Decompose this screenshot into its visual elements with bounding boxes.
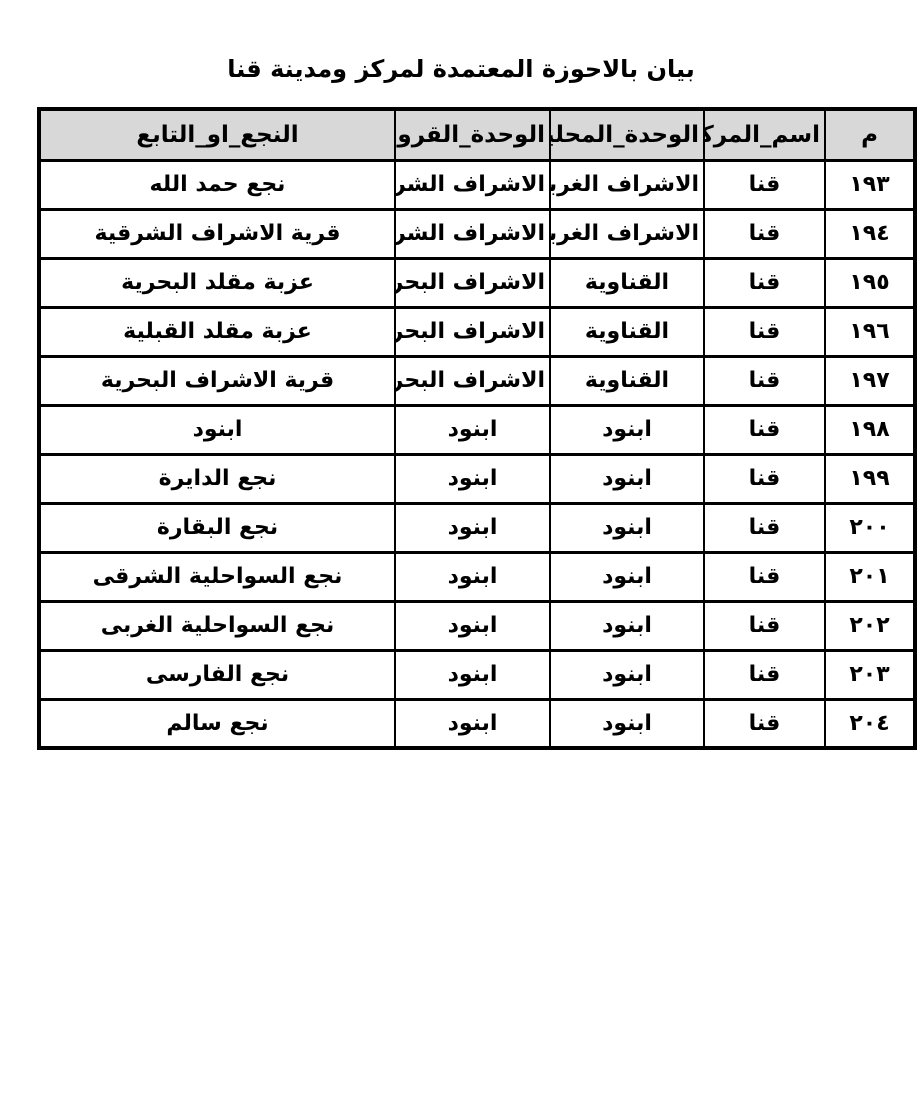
table-cell: نجع البقارة — [39, 503, 395, 552]
table-cell: القناوية — [550, 307, 704, 356]
table-row: ١٩٧قناالقناويةالاشراف البحريةقرية الاشرا… — [39, 356, 915, 405]
zones-table: ماسم_المركزالوحدة_المحليةالوحدة_القرويةا… — [37, 107, 917, 750]
table-cell: قنا — [704, 699, 825, 748]
table-cell: ٢٠٠ — [825, 503, 915, 552]
table-cell: ابنود — [395, 405, 550, 454]
table-cell: الاشراف الغربية — [550, 209, 704, 258]
table-cell: نجع السواحلية الغربى — [39, 601, 395, 650]
table-cell: ابنود — [395, 650, 550, 699]
column-header: اسم_المركز — [704, 109, 825, 160]
table-cell: عزبة مقلد القبلية — [39, 307, 395, 356]
table-cell: ١٩٩ — [825, 454, 915, 503]
table-header-row: ماسم_المركزالوحدة_المحليةالوحدة_القرويةا… — [39, 109, 915, 160]
column-header: الوحدة_القروية — [395, 109, 550, 160]
table-cell: نجع الدايرة — [39, 454, 395, 503]
table-cell: ابنود — [550, 405, 704, 454]
table-row: ١٩٨قناابنودابنودابنود — [39, 405, 915, 454]
table-cell: ابنود — [395, 699, 550, 748]
table-cell: ابنود — [395, 552, 550, 601]
table-cell: قنا — [704, 307, 825, 356]
table-cell: ٢٠٢ — [825, 601, 915, 650]
table-cell: قنا — [704, 650, 825, 699]
table-cell: قنا — [704, 258, 825, 307]
table-cell: ١٩٤ — [825, 209, 915, 258]
table-cell: الاشراف الشرقية — [395, 209, 550, 258]
table-row: ١٩٣قناالاشراف الغربيةالاشراف الشرقيةنجع … — [39, 160, 915, 209]
table-cell: الاشراف البحرية — [395, 258, 550, 307]
table-cell: قنا — [704, 454, 825, 503]
table-row: ٢٠١قناابنودابنودنجع السواحلية الشرقى — [39, 552, 915, 601]
table-cell: نجع سالم — [39, 699, 395, 748]
table-body: ١٩٣قناالاشراف الغربيةالاشراف الشرقيةنجع … — [39, 160, 915, 748]
table-cell: ابنود — [39, 405, 395, 454]
table-cell: قنا — [704, 405, 825, 454]
document-page: بيان بالاحوزة المعتمدة لمركز ومدينة قنا … — [0, 0, 922, 1094]
column-header: الوحدة_المحلية — [550, 109, 704, 160]
table-cell: الاشراف الغربية — [550, 160, 704, 209]
table-cell: قنا — [704, 503, 825, 552]
table-row: ٢٠٢قناابنودابنودنجع السواحلية الغربى — [39, 601, 915, 650]
table-cell: الاشراف الشرقية — [395, 160, 550, 209]
table-row: ٢٠٤قناابنودابنودنجع سالم — [39, 699, 915, 748]
table-cell: قنا — [704, 601, 825, 650]
table-cell: قرية الاشراف البحرية — [39, 356, 395, 405]
table-cell: ١٩٨ — [825, 405, 915, 454]
table-cell: ابنود — [395, 601, 550, 650]
table-cell: ابنود — [550, 552, 704, 601]
table-cell: ابنود — [395, 503, 550, 552]
table-cell: قرية الاشراف الشرقية — [39, 209, 395, 258]
table-cell: ١٩٥ — [825, 258, 915, 307]
table-cell: الاشراف البحرية — [395, 307, 550, 356]
table-row: ١٩٥قناالقناويةالاشراف البحريةعزبة مقلد ا… — [39, 258, 915, 307]
table-cell: ابنود — [550, 601, 704, 650]
table-cell: ١٩٦ — [825, 307, 915, 356]
column-header: م — [825, 109, 915, 160]
table-row: ١٩٤قناالاشراف الغربيةالاشراف الشرقيةقرية… — [39, 209, 915, 258]
table-cell: ١٩٧ — [825, 356, 915, 405]
table-row: ٢٠٠قناابنودابنودنجع البقارة — [39, 503, 915, 552]
table-cell: قنا — [704, 552, 825, 601]
table-cell: قنا — [704, 209, 825, 258]
table-cell: ابنود — [550, 699, 704, 748]
table-cell: ابنود — [550, 503, 704, 552]
table-cell: قنا — [704, 356, 825, 405]
table-cell: القناوية — [550, 356, 704, 405]
table-cell: الاشراف البحرية — [395, 356, 550, 405]
table-cell: ١٩٣ — [825, 160, 915, 209]
table-cell: ابنود — [550, 454, 704, 503]
table-cell: ابنود — [395, 454, 550, 503]
table-cell: ابنود — [550, 650, 704, 699]
table-cell: عزبة مقلد البحرية — [39, 258, 395, 307]
table-cell: ٢٠٤ — [825, 699, 915, 748]
table-cell: قنا — [704, 160, 825, 209]
table-row: ٢٠٣قناابنودابنودنجع الفارسى — [39, 650, 915, 699]
page-title: بيان بالاحوزة المعتمدة لمركز ومدينة قنا — [0, 55, 922, 83]
table-cell: ٢٠١ — [825, 552, 915, 601]
table-cell: نجع الفارسى — [39, 650, 395, 699]
table-cell: ٢٠٣ — [825, 650, 915, 699]
table-row: ١٩٦قناالقناويةالاشراف البحريةعزبة مقلد ا… — [39, 307, 915, 356]
table-row: ١٩٩قناابنودابنودنجع الدايرة — [39, 454, 915, 503]
table-cell: نجع حمد الله — [39, 160, 395, 209]
table-header: ماسم_المركزالوحدة_المحليةالوحدة_القرويةا… — [39, 109, 915, 160]
column-header: النجع_او_التابع — [39, 109, 395, 160]
table-cell: القناوية — [550, 258, 704, 307]
table-cell: نجع السواحلية الشرقى — [39, 552, 395, 601]
